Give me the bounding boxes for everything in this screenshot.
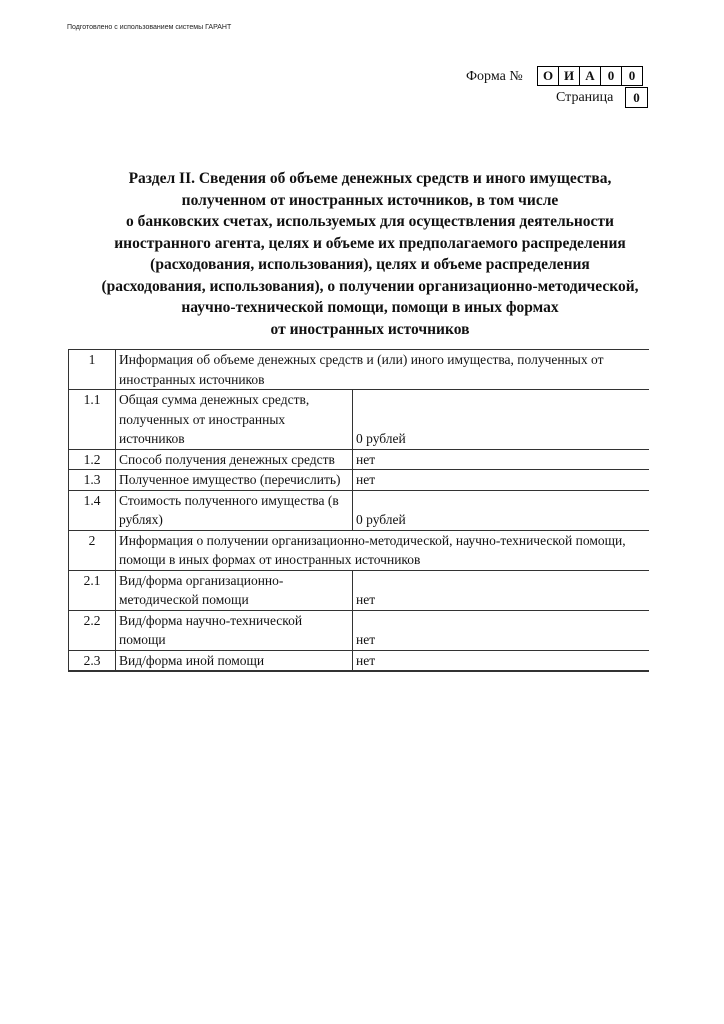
- table-row: 2.2Вид/форма научно-технической помощине…: [69, 610, 650, 650]
- section-row: 1Информация об объеме денежных средств и…: [69, 350, 650, 390]
- info-table: 1Информация об объеме денежных средств и…: [68, 349, 649, 672]
- section-title: Раздел II. Сведения об объеме денежных с…: [60, 168, 680, 340]
- row-value: нет: [353, 449, 650, 470]
- row-value: нет: [353, 650, 650, 671]
- row-label: Стоимость полученного имущества (в рубля…: [116, 490, 353, 530]
- section-row: 2Информация о получении организационно-м…: [69, 530, 650, 570]
- page-label: Страница: [556, 90, 613, 106]
- row-label: Вид/форма научно-технической помощи: [116, 610, 353, 650]
- title-line: полученном от иностранных источников, в …: [60, 190, 680, 212]
- form-code-box: О И А 0 0: [537, 66, 643, 86]
- row-label: Вид/форма иной помощи: [116, 650, 353, 671]
- form-number-label: Форма №: [466, 69, 523, 85]
- row-number: 2.1: [69, 570, 116, 610]
- table-row: 1.3Полученное имущество (перечислить)нет: [69, 470, 650, 491]
- prepared-note: Подготовлено с использованием системы ГА…: [67, 24, 231, 31]
- table-row: 2.1Вид/форма организационно-методической…: [69, 570, 650, 610]
- row-number: 2.3: [69, 650, 116, 671]
- form-code-char: О: [538, 67, 558, 85]
- table-row: 1.1Общая сумма денежных средств, получен…: [69, 390, 650, 450]
- row-value: 0 рублей: [353, 390, 650, 450]
- form-code-char: 0: [600, 67, 621, 85]
- row-number: 2.2: [69, 610, 116, 650]
- title-line: (расходования, использования), о получен…: [60, 276, 680, 298]
- row-number: 1.3: [69, 470, 116, 491]
- title-line: от иностранных источников: [60, 319, 680, 341]
- page-number: 0: [625, 87, 648, 108]
- row-number: 1.1: [69, 390, 116, 450]
- row-value: 0 рублей: [353, 490, 650, 530]
- row-number: 2: [69, 530, 116, 570]
- title-line: иностранного агента, целях и объеме их п…: [60, 233, 680, 255]
- table-row: 1.2Способ получения денежных средствнет: [69, 449, 650, 470]
- row-label: Способ получения денежных средств: [116, 449, 353, 470]
- table-row: 2.3Вид/форма иной помощинет: [69, 650, 650, 671]
- form-code-char: А: [579, 67, 600, 85]
- row-label: Вид/форма организационно-методической по…: [116, 570, 353, 610]
- row-value: нет: [353, 470, 650, 491]
- row-value: нет: [353, 610, 650, 650]
- row-label: Информация об объеме денежных средств и …: [116, 350, 650, 390]
- title-line: (расходования, использования), целях и о…: [60, 254, 680, 276]
- table-row: 1.4Стоимость полученного имущества (в ру…: [69, 490, 650, 530]
- row-number: 1.2: [69, 449, 116, 470]
- row-label: Общая сумма денежных средств, полученных…: [116, 390, 353, 450]
- form-code-char: 0: [621, 67, 642, 85]
- row-number: 1: [69, 350, 116, 390]
- title-line: о банковских счетах, используемых для ос…: [60, 211, 680, 233]
- title-line: Раздел II. Сведения об объеме денежных с…: [60, 168, 680, 190]
- row-value: нет: [353, 570, 650, 610]
- row-number: 1.4: [69, 490, 116, 530]
- title-line: научно-технической помощи, помощи в иных…: [60, 297, 680, 319]
- row-label: Полученное имущество (перечислить): [116, 470, 353, 491]
- form-code-char: И: [558, 67, 579, 85]
- row-label: Информация о получении организационно-ме…: [116, 530, 650, 570]
